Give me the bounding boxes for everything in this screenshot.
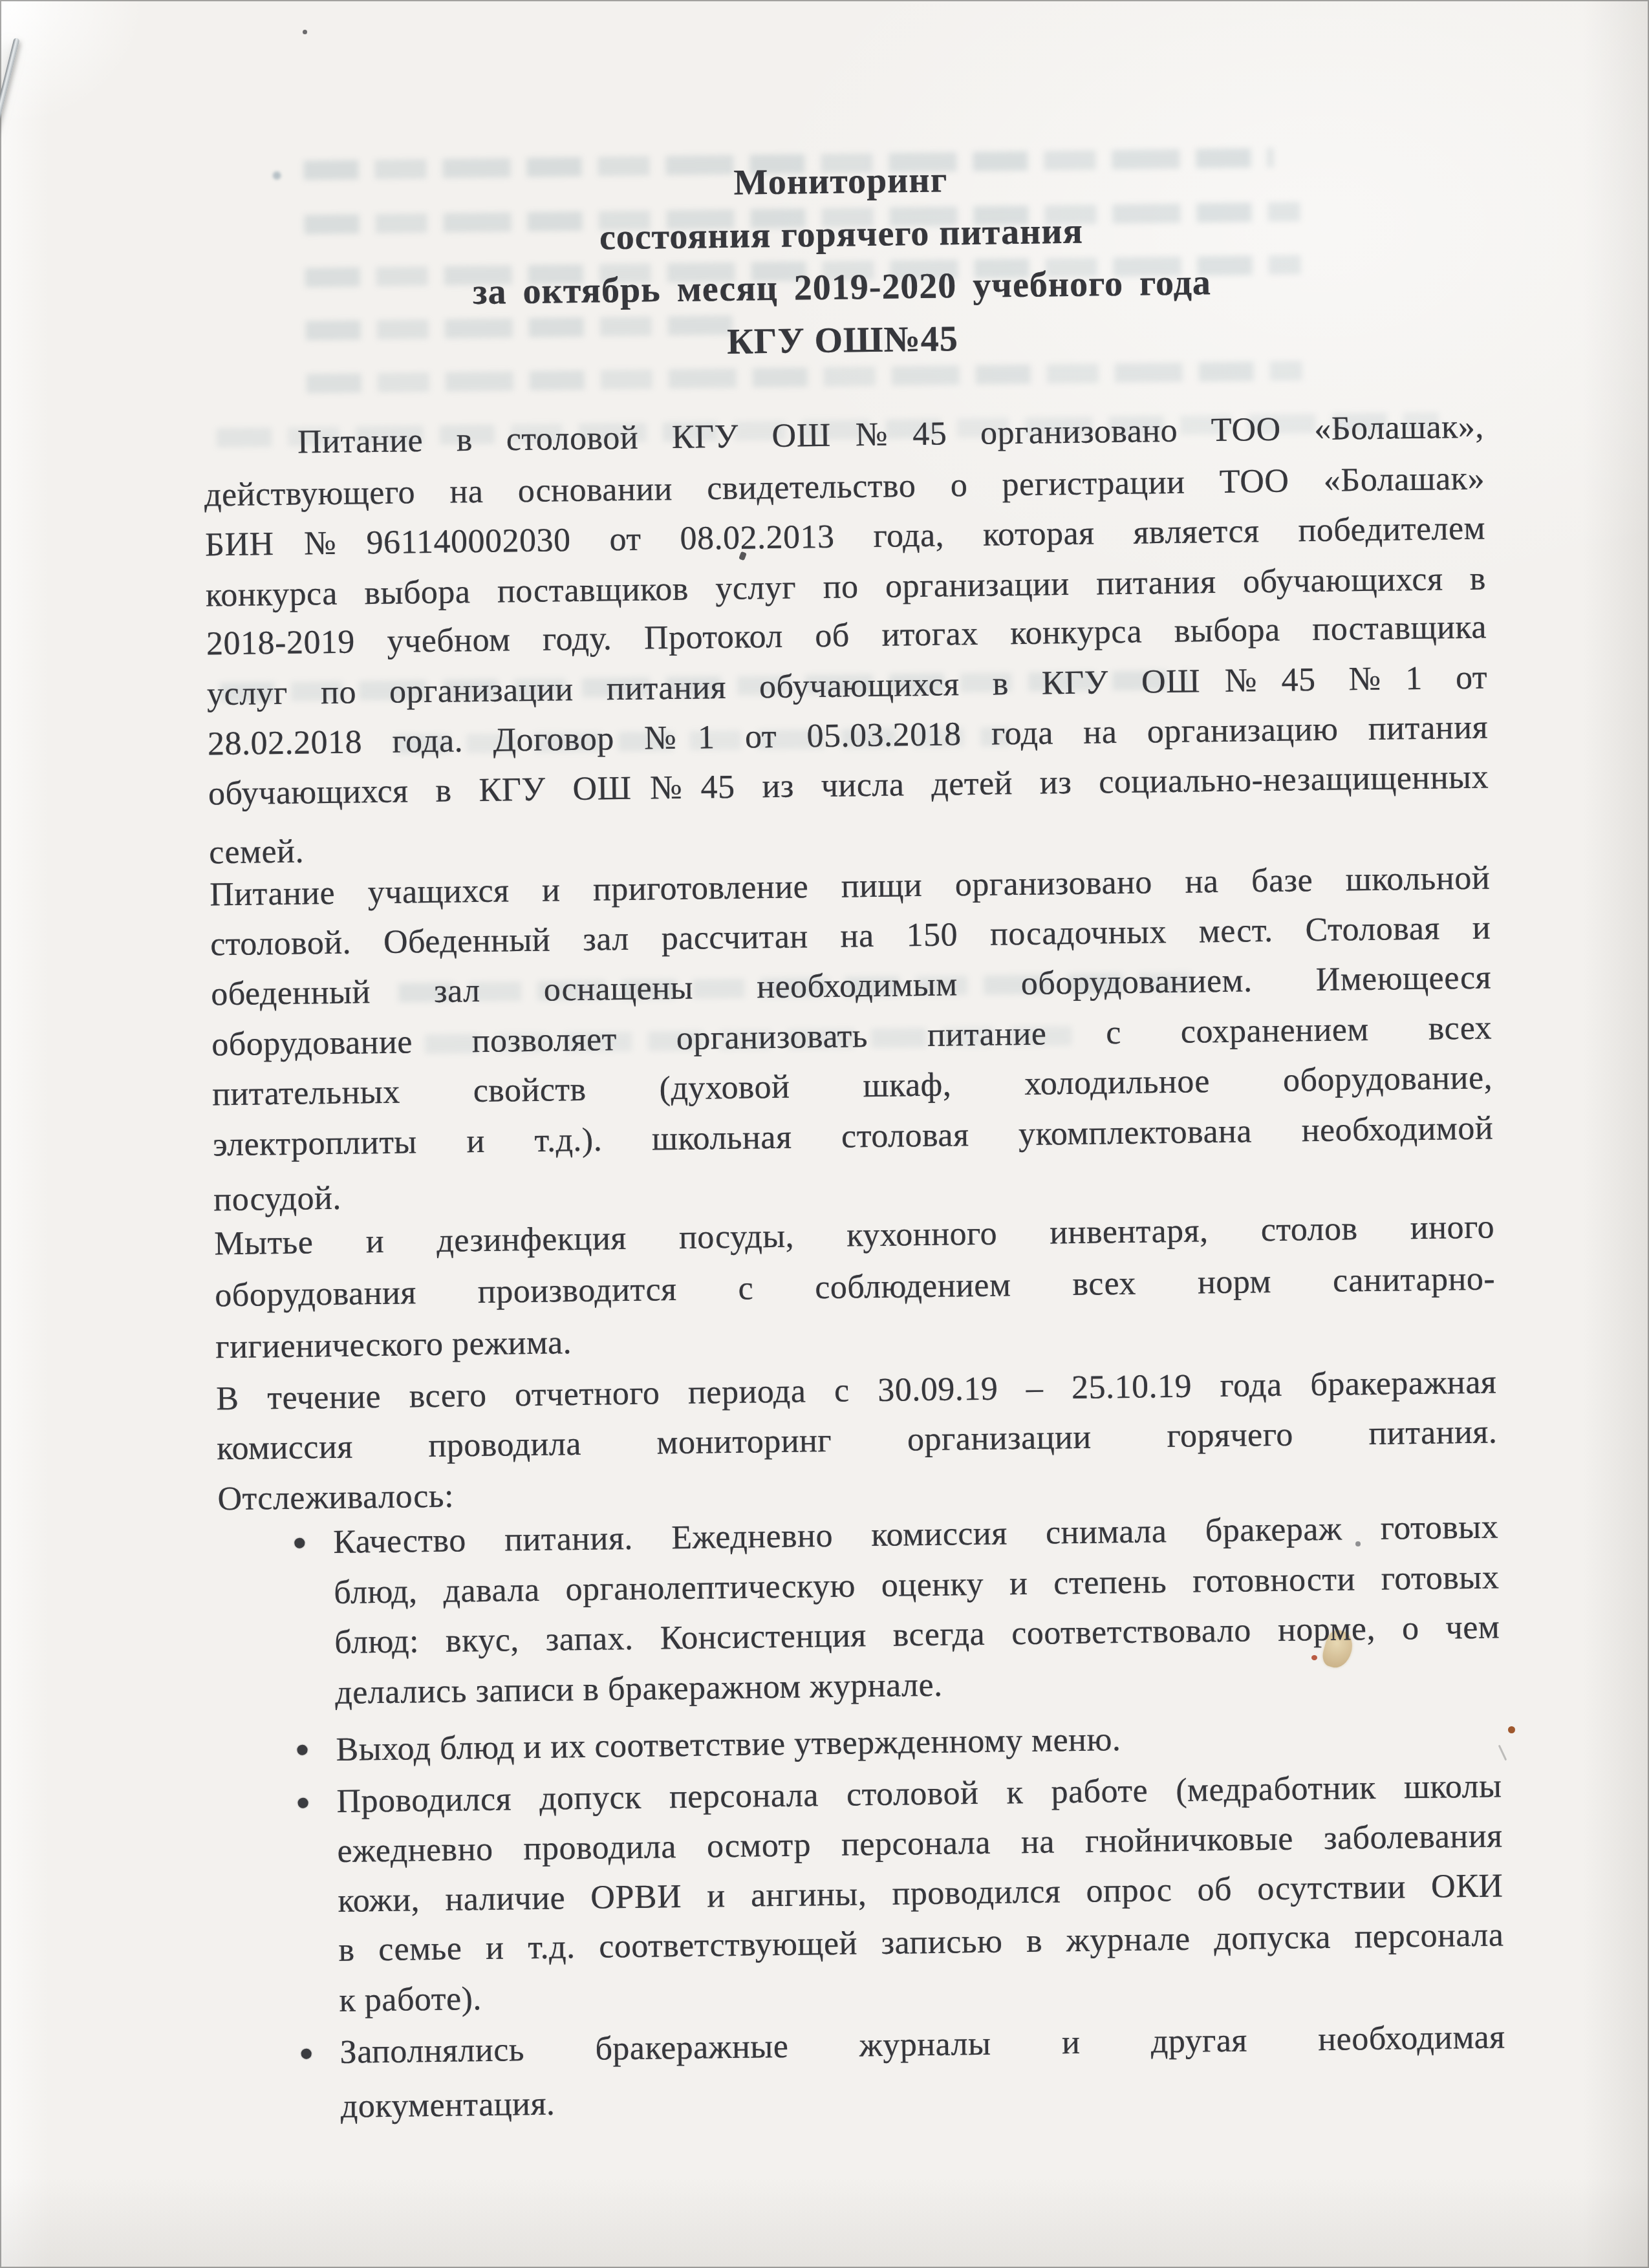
bullet-line: кожи, наличие ОРВИ и ангины, проводился … <box>338 1866 1503 1921</box>
bleed-through-line <box>307 361 1302 393</box>
paragraph-line: обеденный зал оснащены необходимым обору… <box>211 958 1492 1015</box>
bullet-line: Проводился допуск персонала столовой к р… <box>336 1766 1502 1822</box>
bullet-line: к работе). <box>339 1965 1505 2021</box>
paragraph-line: обучающихся в КГУ ОШ№45 из числа детей и… <box>208 758 1489 815</box>
scanned-page: Мониторинг состояния горячего питания за… <box>0 0 1649 2268</box>
paragraph-line: Питание в столовой КГУ ОШ№45 организован… <box>204 407 1485 464</box>
paragraph-line: конкурса выбора поставщиков услуг по орг… <box>206 559 1487 616</box>
paragraph-line: 2018-2019 учебном году. Протокол об итог… <box>206 608 1487 665</box>
document-body: Мониторинг состояния горячего питания за… <box>198 0 1508 2268</box>
bullet-marker <box>297 1745 307 1755</box>
paragraph-line: услуг по организации питания обучающихся… <box>207 658 1488 715</box>
paragraph-line: питательных свойств (духовой шкаф, холод… <box>212 1058 1493 1115</box>
bullet-marker <box>294 1538 305 1548</box>
paragraph-line: столовой. Обеденный зал рассчитан на 150… <box>210 908 1491 965</box>
paragraph-line: комиссия проводила мониторинг организаци… <box>217 1412 1498 1469</box>
bullet-line: блюд, давала органолептическую оценку и … <box>334 1557 1500 1613</box>
bullet-line: Заполнялись бракеражные журналы и другая… <box>339 2017 1505 2073</box>
paragraph-line: действующего на основании свидетельство … <box>204 459 1485 516</box>
bullet-line: блюд: вкус, запах. Консистенция всегда с… <box>334 1607 1500 1663</box>
bullet-line: документация. <box>340 2071 1506 2127</box>
brown-speck <box>1508 1726 1515 1733</box>
bullet-line: в семье и т.д. соответствующей записью в… <box>338 1915 1504 1971</box>
paragraph-line: электроплиты и т.д.). школьная столовая … <box>213 1108 1494 1165</box>
paragraph-line: оборудования производится с соблюдением … <box>215 1259 1496 1316</box>
paragraph-line: оборудование позволяет организовать пита… <box>211 1008 1493 1065</box>
paperclip-mark <box>0 37 20 134</box>
bullet-marker <box>301 2049 312 2059</box>
paragraph-line: гигиенического режима. <box>215 1311 1496 1367</box>
paragraph-line: БИН№961140002030 от 08.02.2013 года, кот… <box>205 509 1486 566</box>
paragraph-line: 28.02.2018 года. Договор №1 от 05.03.201… <box>208 708 1489 765</box>
bullet-line: Выход блюд и их соответствие утвержденно… <box>336 1715 1502 1770</box>
paragraph-line: В течение всего отчетного периода с 30.0… <box>216 1362 1497 1419</box>
bullet-marker <box>297 1798 308 1808</box>
bullet-line: ежедневно проводила осмотр персонала на … <box>337 1816 1503 1872</box>
bullet-line: делались записи в бракеражном журнале. <box>335 1658 1501 1713</box>
